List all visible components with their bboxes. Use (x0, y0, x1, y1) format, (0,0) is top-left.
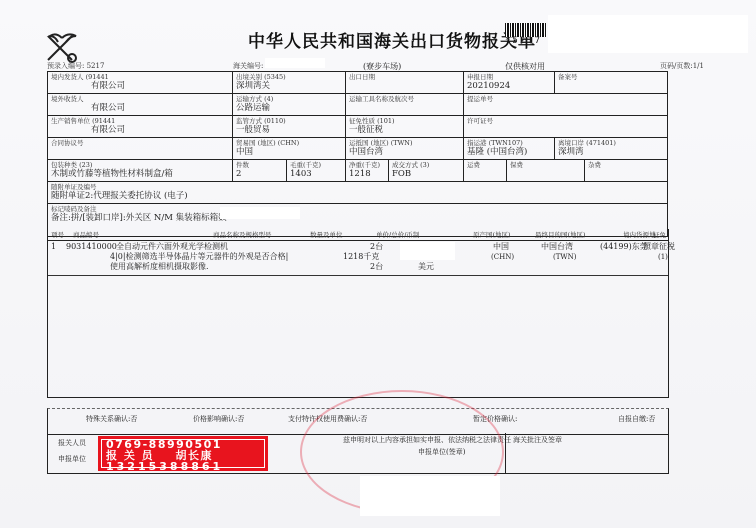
customs-emblem-icon (42, 30, 82, 64)
label: 随附单证及编号 (51, 183, 664, 191)
goods-name-line: 使用高解析度相机摄取影像. (110, 262, 209, 272)
quantity-line: 2台 (370, 262, 383, 272)
label: 杂费 (588, 161, 664, 169)
redaction-block (220, 207, 300, 219)
value: FOB (392, 169, 460, 180)
quantity-line: 1218千克 (343, 252, 379, 262)
bill-no-cell: 提运单号 (464, 94, 668, 116)
declaration-header-table: 境内发货人 (91441有限公司 出境关别 (5345)深圳湾关 出口日期 申报… (47, 71, 668, 237)
domestic-shipper-cell: 境内发货人 (91441有限公司 (48, 72, 233, 94)
label: 监管方式 (0110) (236, 117, 342, 125)
barcode (505, 23, 547, 37)
insurance-cell: 保费 (507, 160, 585, 182)
declare-date-cell: 申报日期20210924 (464, 72, 555, 94)
value: 基隆 (中国台湾) (467, 147, 551, 158)
hs-code: 9031410000 (66, 242, 117, 252)
customs-note-label: 海关批注及签章 (513, 435, 562, 445)
license-no-cell: 许可证号 (464, 116, 668, 138)
label: 保费 (510, 161, 581, 169)
value: 中国 (236, 147, 342, 158)
value: 中国台湾 (349, 147, 460, 158)
origin-code: (CHN) (491, 252, 514, 262)
customs-declaration-form: 中华人民共和国海关出口货物报关单 *5217 预录入编号: 5217 海关编号:… (0, 0, 756, 528)
value: 2 (236, 169, 283, 180)
form-title: 中华人民共和国海关出口货物报关单 (248, 27, 536, 52)
declarant-label: 报关人员 (58, 438, 86, 448)
destination-country: 中国台湾 (541, 242, 573, 252)
label: 出境关别 (5345) (236, 73, 342, 81)
levy-code: (1) (658, 252, 668, 262)
item-no: 1 (51, 242, 56, 252)
label: 离境口岸 (471401) (558, 139, 664, 147)
quantity-line: 2台 (370, 242, 383, 252)
label: 提运单号 (467, 95, 664, 103)
label: 运输工具名称及航次号 (349, 95, 460, 103)
redaction-block (400, 242, 455, 260)
supervision-mode-cell: 监管方式 (0110)一般贸易 (233, 116, 346, 138)
col-quantity: 数量及单位 (310, 230, 343, 239)
value: 深圳湾关 (236, 81, 342, 92)
value: 有限公司 (51, 125, 229, 136)
pre-entry-value: 5217 (87, 62, 105, 70)
label: 包装种类 (23) (51, 161, 229, 169)
label: 成交方式 (3) (392, 161, 460, 169)
label: 申报日期 (467, 73, 551, 81)
levy-nature-cell: 征免性质 (101)一般征税 (346, 116, 464, 138)
customs-no-label: 海关编号: (233, 62, 263, 70)
col-price: 单价/总价/币制 (376, 230, 419, 239)
pre-entry-number: 预录入编号: 5217 (47, 61, 104, 71)
destination-code: (TWN) (553, 252, 576, 262)
label: 贸易国 (地区) (CHN) (236, 139, 342, 147)
source-place: (44199)东莞 (600, 242, 648, 252)
exit-customs-cell: 出境关别 (5345)深圳湾关 (233, 72, 346, 94)
goods-name-line: 4|0|检测筛选半导体晶片等元器件的外观是否合格| (110, 252, 288, 262)
transport-mode-cell: 运输方式 (4)公路运输 (233, 94, 346, 116)
net-weight-cell: 净重(千克)1218 (346, 160, 389, 182)
barcode-number: *5217 (505, 36, 542, 46)
redaction-block (360, 476, 500, 516)
special-relation-confirm: 特殊关系确认:否 (86, 414, 137, 424)
contract-no-cell: 合同协议号 (48, 138, 233, 160)
col-source: 境内货源地 (623, 230, 656, 239)
destination-port-cell: 指运港 (TWN107)基隆 (中国台湾) (464, 138, 555, 160)
levy-mode: 照章征税 (643, 242, 675, 252)
redaction-block (548, 15, 748, 53)
exit-port-cell: 离境口岸 (471401)深圳湾 (555, 138, 668, 160)
attached-docs-cell: 随附单证及编号随附单证2:代理报关委托协议 (电子) (48, 182, 668, 204)
label: 净重(千克) (349, 161, 385, 169)
price-impact-confirm: 价格影响确认:否 (193, 414, 244, 424)
value: 1403 (290, 169, 342, 180)
goods-name-line: 全自动元件六面外观光学检测机 (116, 242, 228, 252)
pre-entry-label: 预录入编号: (47, 62, 84, 70)
label: 生产销售单位 (91441 (51, 117, 229, 125)
table-row: 1 9031410000 全自动元件六面外观光学检测机 4|0|检测筛选半导体晶… (48, 241, 668, 276)
trade-country-cell: 贸易国 (地区) (CHN)中国 (233, 138, 346, 160)
label: 境内发货人 (91441 (51, 73, 229, 81)
stamp-border (101, 439, 265, 468)
value: 深圳湾 (558, 147, 664, 158)
producer-cell: 生产销售单位 (91441有限公司 (48, 116, 233, 138)
value: 木制或竹藤等植物性材料制盒/箱 (51, 169, 229, 180)
declarant-stamp: 0769-88990501 报 关 员 胡长康 13215388861 (98, 436, 268, 471)
declare-unit-label: 申报单位 (58, 454, 86, 464)
label: 指运港 (TWN107) (467, 139, 551, 147)
package-type-cell: 包装种类 (23)木制或竹藤等植物性材料制盒/箱 (48, 160, 233, 182)
record-no-cell: 备案号 (555, 72, 668, 94)
value: 一般征税 (349, 125, 460, 136)
label: 标记唛码及备注 (51, 205, 664, 213)
freight-cell: 运费 (464, 160, 507, 182)
misc-fee-cell: 杂费 (585, 160, 668, 182)
gross-weight-cell: 毛重(千克)1403 (287, 160, 346, 182)
label: 运输方式 (4) (236, 95, 342, 103)
goods-table-header: 项号 商品编号 商品名称及规格型号 数量及单位 单价/总价/币制 原产国(地区)… (48, 229, 668, 241)
self-report-confirm: 自报自缴:否 (618, 414, 655, 424)
label: 毛重(千克) (290, 161, 342, 169)
page-info: 页码/页数:1/1 (660, 61, 704, 71)
arrival-country-cell: 运抵国 (地区) (TWN)中国台湾 (346, 138, 464, 160)
label: 备案号 (558, 73, 664, 81)
value: 备注:拼/[装卸口岸]:外关区 N/M 集装箱标箱数 (51, 213, 664, 224)
label: 合同协议号 (51, 139, 229, 147)
export-date-cell: 出口日期 (346, 72, 464, 94)
currency: 美元 (418, 262, 434, 272)
value: 公路运输 (236, 103, 342, 114)
col-hs-code: 商品编号 (73, 230, 99, 239)
divider (505, 433, 506, 473)
redaction-block (265, 58, 325, 68)
col-levy: 征免 (653, 230, 666, 239)
label: 境外收货人 (51, 95, 229, 103)
label: 出口日期 (349, 73, 460, 81)
value: 有限公司 (51, 103, 229, 114)
origin-country: 中国 (493, 242, 509, 252)
label: 件数 (236, 161, 283, 169)
label: 征免性质 (101) (349, 117, 460, 125)
label: 运费 (467, 161, 503, 169)
label: 许可证号 (467, 117, 664, 125)
label: 运抵国 (地区) (TWN) (349, 139, 460, 147)
deal-mode-cell: 成交方式 (3)FOB (389, 160, 464, 182)
value: 有限公司 (51, 81, 229, 92)
col-name: 商品名称及规格型号 (213, 230, 272, 239)
col-destination: 最终目的国(地区) (535, 230, 586, 239)
value: 一般贸易 (236, 125, 342, 136)
goods-table: 项号 商品编号 商品名称及规格型号 数量及单位 单价/总价/币制 原产国(地区)… (47, 229, 669, 398)
col-origin: 原产国(地区) (473, 230, 511, 239)
value: 1218 (349, 169, 385, 180)
transport-name-cell: 运输工具名称及航次号 (346, 94, 464, 116)
overseas-consignee-cell: 境外收货人有限公司 (48, 94, 233, 116)
col-item-no: 项号 (51, 230, 64, 239)
pieces-cell: 件数2 (233, 160, 287, 182)
value: 随附单证2:代理报关委托协议 (电子) (51, 191, 664, 202)
value: 20210924 (467, 81, 551, 92)
